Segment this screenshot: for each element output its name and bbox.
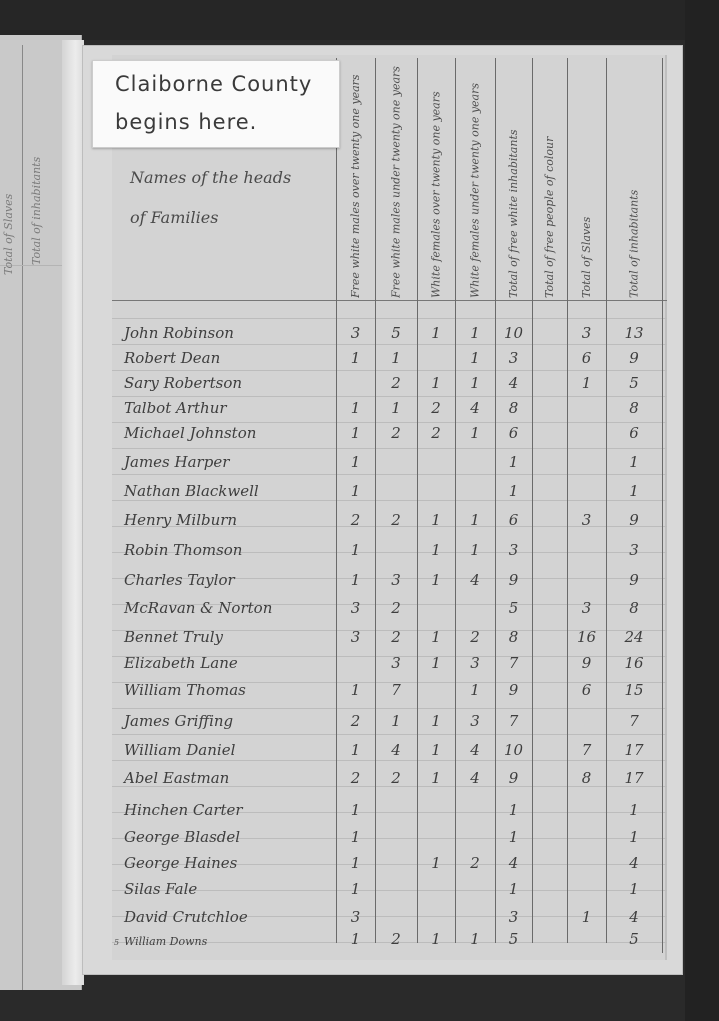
head-of-family-name: Sary Robertson [124,374,242,392]
head-of-family-name: Robert Dean [124,349,220,367]
count-cell: 8 [606,399,662,417]
count-cell: 9 [606,571,662,589]
count-cell: 6 [495,424,532,442]
count-cell: 1 [455,324,495,342]
count-cell: 3 [336,324,375,342]
sticky-note-line1: Claiborne County [115,65,339,103]
table-row: John Robinson351110313 [112,318,667,344]
count-cell: 2 [375,424,417,442]
count-cell: 8 [606,599,662,617]
count-cell: 1 [455,374,495,392]
count-cell: 2 [375,769,417,787]
head-of-family-name: John Robinson [124,324,234,342]
head-of-family-name: Hinchen Carter [124,801,243,819]
count-cell: 1 [417,712,455,730]
table-row: Hinchen Carter111 [112,795,667,821]
count-cell: 1 [336,681,375,699]
count-cell: 1 [455,424,495,442]
column-header: Total of inhabitants [610,62,658,298]
count-cell: 4 [455,399,495,417]
count-cell: 3 [495,349,532,367]
count-cell: 1 [336,801,375,819]
scanner-background-top [0,0,719,40]
count-cell: 3 [455,712,495,730]
count-cell: 3 [567,511,606,529]
head-of-family-name: James Griffing [124,712,233,730]
count-cell: 15 [606,681,662,699]
count-cell: 9 [606,349,662,367]
count-cell: 4 [455,571,495,589]
column-header: Total of free people of colour [536,62,563,298]
column-header: White females over twenty one years [421,62,451,298]
table-row: Henry Milburn2211639 [112,505,667,531]
count-cell: 1 [495,801,532,819]
count-cell: 1 [375,399,417,417]
count-cell: 1 [417,628,455,646]
count-cell: 1 [336,571,375,589]
count-cell: 1 [495,828,532,846]
head-of-family-name: McRavan & Norton [124,599,272,617]
count-cell: 3 [567,599,606,617]
ruled-line [112,474,667,475]
count-cell: 5 [606,374,662,392]
count-cell: 7 [567,741,606,759]
count-cell: 4 [495,374,532,392]
count-cell: 9 [495,571,532,589]
table-row: James Harper111 [112,447,667,473]
table-row: Robert Dean111369 [112,343,667,369]
count-cell: 4 [455,769,495,787]
head-of-family-name: Michael Johnston [124,424,256,442]
count-cell: 1 [336,349,375,367]
head-of-family-name: George Blasdel [124,828,240,846]
count-cell: 1 [455,930,495,948]
head-of-family-name: William Daniel [124,741,235,759]
count-cell: 1 [336,880,375,898]
count-cell: 16 [606,654,662,672]
head-of-family-name: Bennet Truly [124,628,223,646]
table-row: Elizabeth Lane3137916 [112,648,667,674]
table-row: Bennet Truly321281624 [112,622,667,648]
head-of-family-name: William Downs [124,935,207,948]
count-cell: 1 [455,511,495,529]
count-cell: 2 [375,930,417,948]
count-cell: 1 [417,930,455,948]
count-cell: 1 [606,880,662,898]
count-cell: 1 [495,453,532,471]
table-row: George Haines11244 [112,848,667,874]
count-cell: 2 [417,399,455,417]
count-cell: 1 [417,511,455,529]
count-cell: 3 [567,324,606,342]
head-of-family-name: Abel Eastman [124,769,229,787]
header-divider [112,300,667,301]
head-of-family-name: Elizabeth Lane [124,654,238,672]
count-cell: 1 [336,453,375,471]
head-of-family-name: James Harper [124,453,229,471]
table-row: Talbot Arthur112488 [112,393,667,419]
count-cell: 1 [417,741,455,759]
count-cell: 8 [567,769,606,787]
count-cell: 1 [336,482,375,500]
table-row: James Griffing211377 [112,706,667,732]
sticky-note: Claiborne County begins here. [92,60,340,148]
count-cell: 3 [336,628,375,646]
count-cell: 3 [495,541,532,559]
count-cell: 5 [495,930,532,948]
count-cell: 17 [606,741,662,759]
count-cell: 7 [606,712,662,730]
count-cell: 1 [336,541,375,559]
table-row: Michael Johnston122166 [112,418,667,444]
head-of-family-name: Charles Taylor [124,571,235,589]
count-cell: 1 [455,349,495,367]
table-row: Robin Thomson11133 [112,535,667,561]
column-header: Total of free white inhabitants [499,62,528,298]
count-cell: 1 [495,880,532,898]
count-cell: 24 [606,628,662,646]
count-cell: 1 [606,482,662,500]
count-cell: 1 [417,571,455,589]
count-cell: 7 [375,681,417,699]
count-cell: 9 [495,681,532,699]
count-cell: 1 [417,854,455,872]
table-row: Abel Eastman22149817 [112,763,667,789]
count-cell: 1 [455,681,495,699]
count-cell: 6 [606,424,662,442]
count-cell: 2 [336,511,375,529]
left-page-column-rule [22,45,23,990]
table-row: William Downs121155 [112,924,667,950]
count-cell: 1 [336,399,375,417]
column-header: Free white males over twenty one years [340,62,371,298]
count-cell: 2 [336,712,375,730]
count-cell: 1 [455,541,495,559]
count-cell: 1 [417,654,455,672]
count-cell: 2 [455,854,495,872]
count-cell: 1 [336,828,375,846]
count-cell: 1 [375,712,417,730]
count-cell: 16 [567,628,606,646]
count-cell: 1 [336,424,375,442]
count-cell: 1 [417,769,455,787]
head-of-family-name: Silas Fale [124,880,197,898]
sticky-note-line2: begins here. [115,103,339,141]
count-cell: 8 [495,399,532,417]
table-row: William Daniel141410717 [112,735,667,761]
count-cell: 6 [567,681,606,699]
scanner-background-bottom [0,975,719,1021]
count-cell: 1 [606,801,662,819]
count-cell: 4 [606,854,662,872]
count-cell: 9 [606,511,662,529]
count-cell: 1 [606,828,662,846]
page-mark: 5 [114,938,119,947]
names-header-line1: Names of the heads [130,158,291,198]
head-of-family-name: Robin Thomson [124,541,242,559]
count-cell: 4 [455,741,495,759]
count-cell: 4 [375,741,417,759]
table-row: William Thomas1719615 [112,675,667,701]
count-cell: 5 [606,930,662,948]
count-cell: 5 [375,324,417,342]
table-row: Silas Fale111 [112,874,667,900]
count-cell: 1 [336,741,375,759]
names-header-line2: of Families [130,198,291,238]
count-cell: 8 [495,628,532,646]
table-row: George Blasdel111 [112,822,667,848]
count-cell: 2 [375,599,417,617]
count-cell: 2 [336,769,375,787]
count-cell: 3 [606,541,662,559]
count-cell: 3 [336,599,375,617]
count-cell: 2 [375,511,417,529]
count-cell: 3 [455,654,495,672]
count-cell: 2 [455,628,495,646]
names-column-header: Names of the heads of Families [130,158,291,238]
count-cell: 1 [375,349,417,367]
head-of-family-name: Henry Milburn [124,511,237,529]
count-cell: 7 [495,654,532,672]
count-cell: 13 [606,324,662,342]
count-cell: 1 [417,541,455,559]
count-cell: 17 [606,769,662,787]
count-cell: 3 [375,654,417,672]
head-of-family-name: Nathan Blackwell [124,482,259,500]
count-cell: 1 [567,374,606,392]
column-header: Total of Slaves [571,62,602,298]
count-cell: 5 [495,599,532,617]
count-cell: 4 [495,854,532,872]
count-cell: 1 [336,930,375,948]
count-cell: 2 [375,374,417,392]
book-binding-gutter [62,40,84,985]
count-cell: 2 [417,424,455,442]
head-of-family-name: Talbot Arthur [124,399,227,417]
head-of-family-name: George Haines [124,854,237,872]
count-cell: 3 [375,571,417,589]
count-cell: 6 [495,511,532,529]
count-cell: 1 [495,482,532,500]
count-cell: 10 [495,741,532,759]
count-cell: 7 [495,712,532,730]
left-page-header-slaves: Total of Slaves [2,125,15,275]
count-cell: 2 [375,628,417,646]
count-cell: 1 [606,453,662,471]
count-cell: 1 [417,374,455,392]
head-of-family-name: William Thomas [124,681,246,699]
count-cell: 9 [567,654,606,672]
count-cell: 1 [417,324,455,342]
count-cell: 10 [495,324,532,342]
column-header: Free white males under twenty one years [379,62,413,298]
table-row: McRavan & Norton32538 [112,593,667,619]
count-cell: 1 [336,854,375,872]
count-cell: 6 [567,349,606,367]
table-row: Charles Taylor131499 [112,565,667,591]
count-cell: 9 [495,769,532,787]
column-header: White females under twenty one years [459,62,491,298]
table-row: Sary Robertson211415 [112,368,667,394]
left-page-header-inhabitants: Total of inhabitants [30,95,43,265]
table-row: Nathan Blackwell111 [112,476,667,502]
scanner-background-right [685,0,719,1021]
